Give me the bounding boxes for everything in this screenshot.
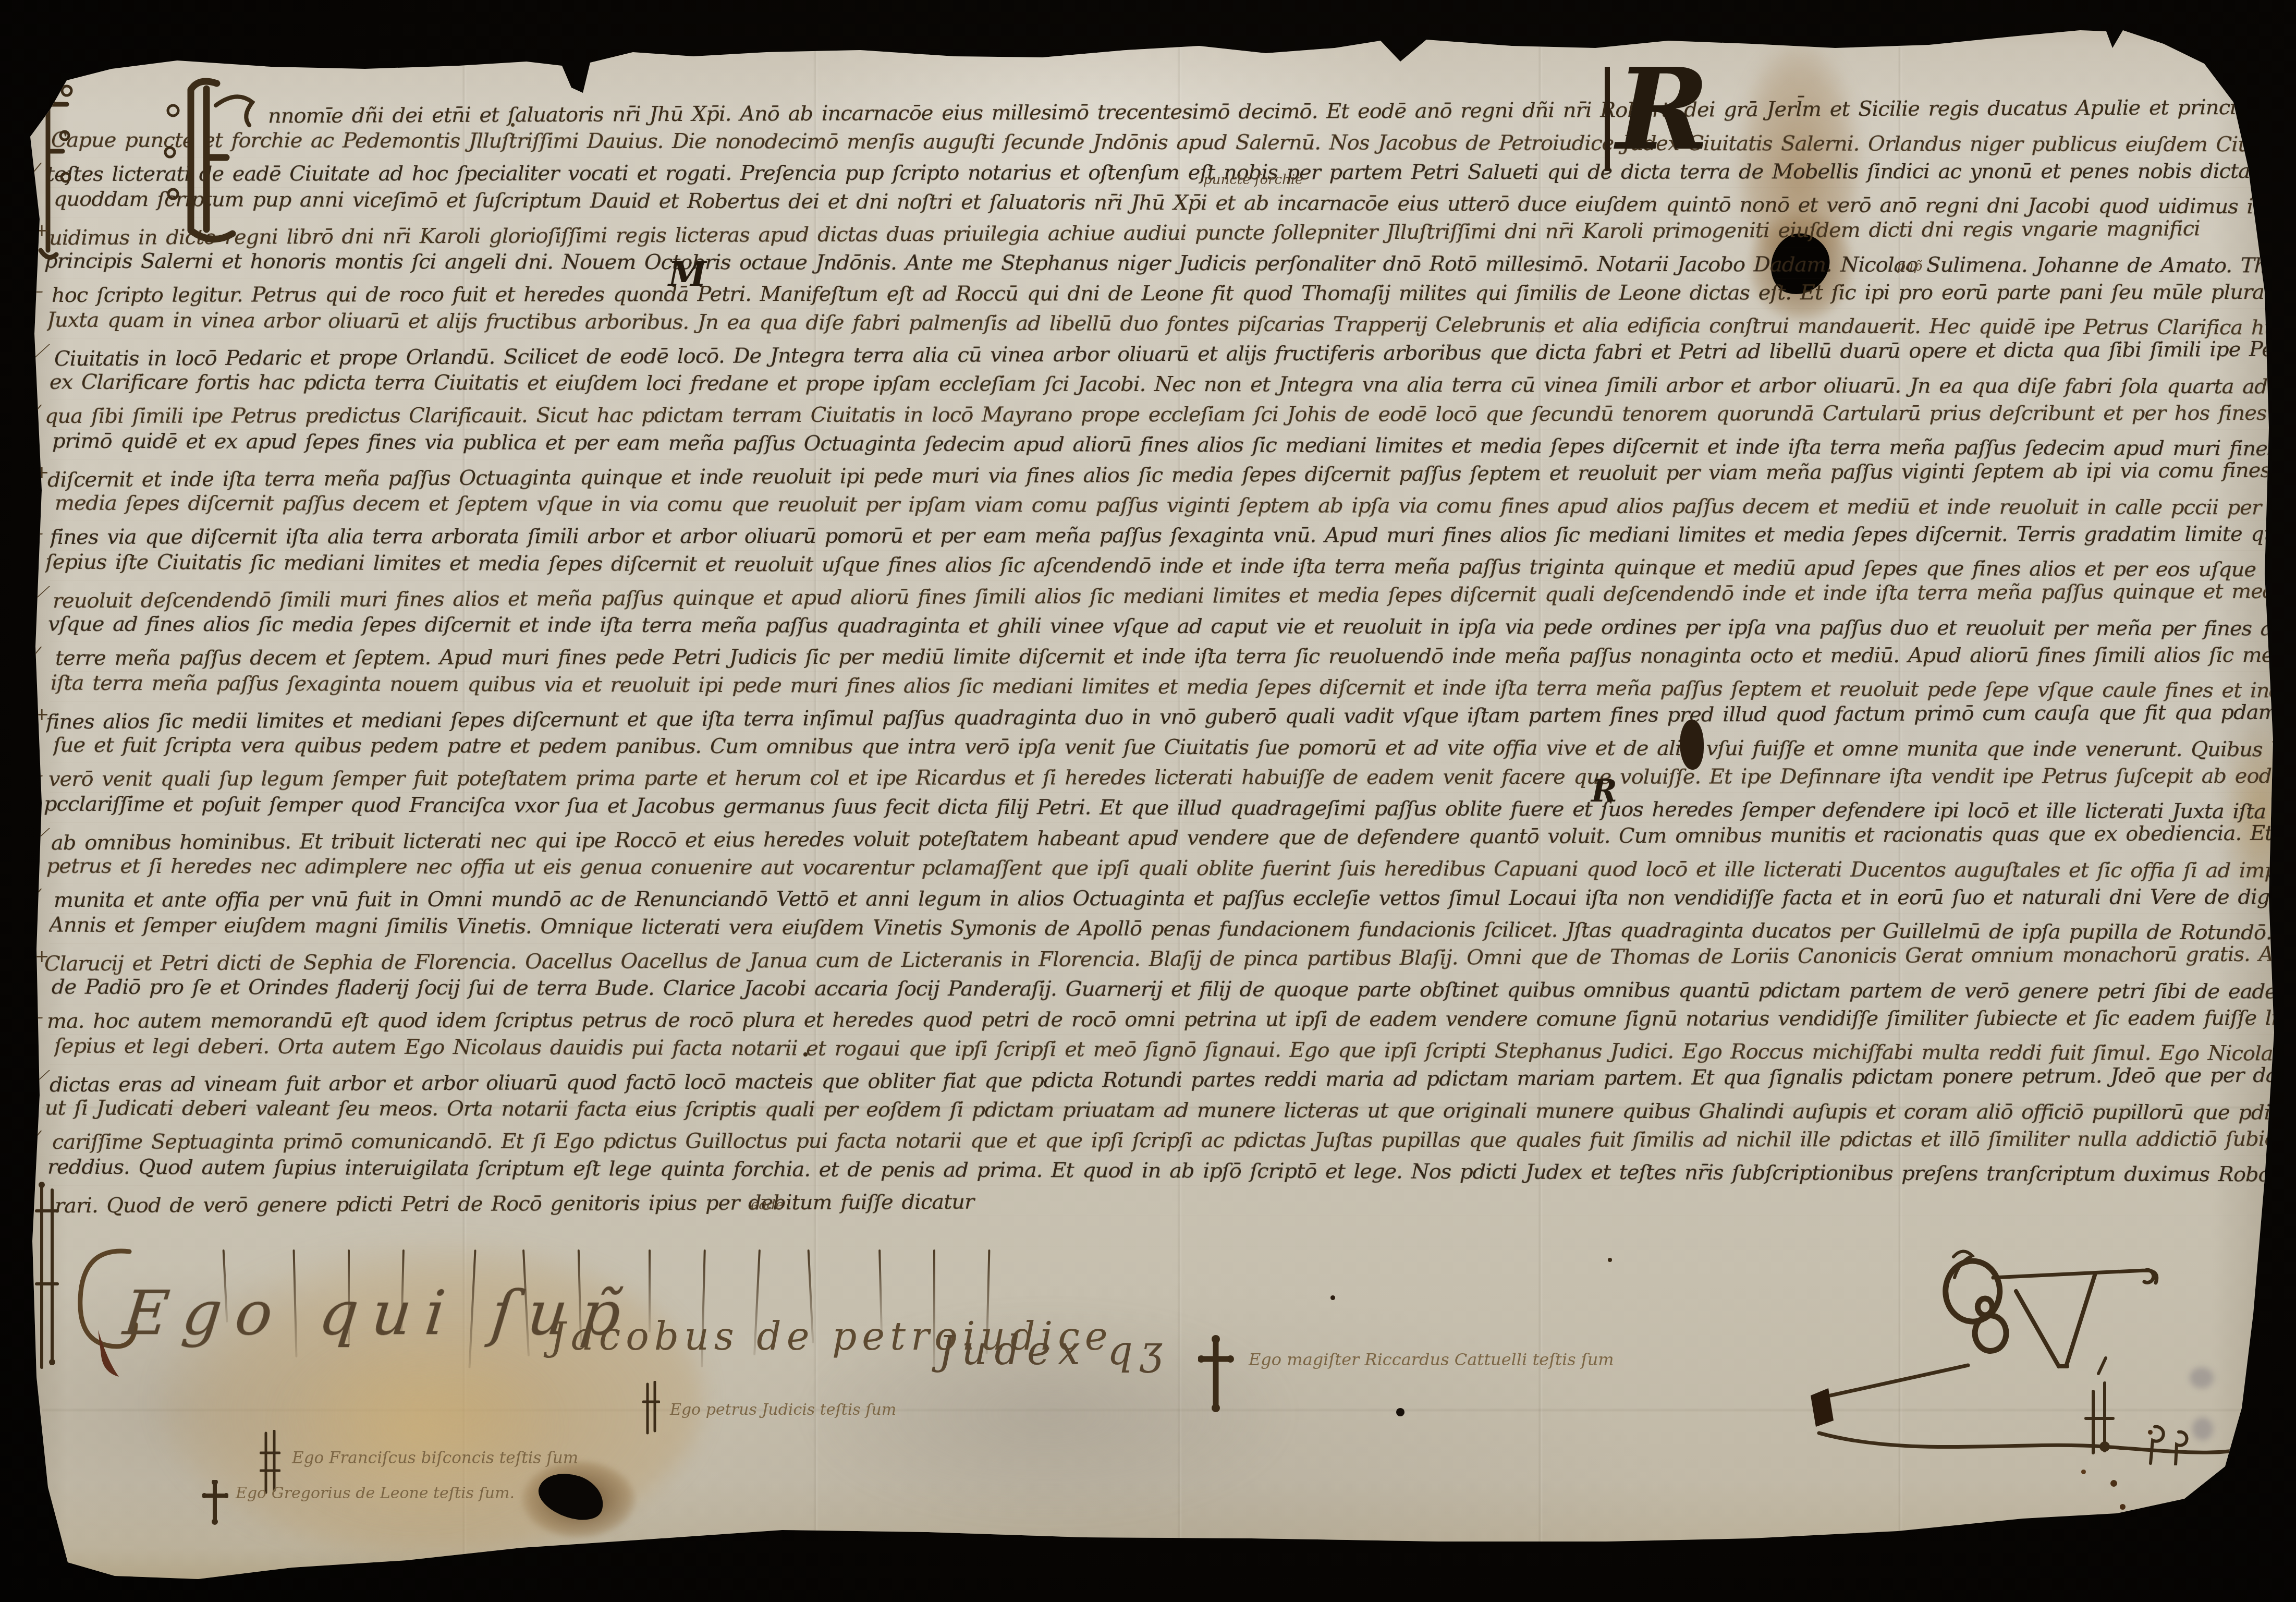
manuscript-line: ut ſi Judicati deberi valeant ſeu meos. … bbox=[44, 1093, 2274, 1128]
wormhole-speck bbox=[2148, 1430, 2153, 1435]
margin-mark: ⟋ bbox=[34, 825, 55, 846]
manuscript-line: cariſſime Septuaginta primō comunicandō.… bbox=[52, 1124, 2281, 1157]
wormhole-speck bbox=[1608, 1258, 1612, 1262]
margin-mark: – bbox=[34, 1006, 55, 1027]
manuscript-text-block: nnomīe dñi dei etn̄i et ſaluatoris nr̄i … bbox=[50, 97, 2278, 1265]
paragraph-initial-R: R bbox=[1591, 773, 1617, 809]
manuscript-line: fines via que diſcernit iſta alia terra … bbox=[50, 519, 2279, 552]
initial-R-bar bbox=[1605, 67, 1610, 171]
manuscript-line: hoc ſcripto legitur. Petrus qui de roco … bbox=[52, 277, 2280, 310]
manuscript-line: ſue et fuit ſcripta vera quibus pedem pa… bbox=[53, 730, 2282, 765]
manuscript-line: de Padiō pro ſe et Orindes fladerij ſoci… bbox=[51, 972, 2280, 1007]
notary-sign-manual-icon bbox=[1780, 1241, 2291, 1465]
manuscript-line: Capue puncte et forchie ac Pedemontis Jl… bbox=[51, 125, 2280, 160]
margin-mark: ⟋ bbox=[34, 1067, 55, 1088]
wormhole-speck bbox=[2120, 1504, 2126, 1510]
witness-subscription: Ego magiſter Riccardus Cattuelli teſtis … bbox=[1249, 1350, 1614, 1369]
wormhole-speck bbox=[511, 123, 515, 127]
wormhole-speck bbox=[2081, 1470, 2086, 1474]
margin-mark: – bbox=[34, 764, 55, 785]
margin-mark: ⟋ bbox=[34, 583, 55, 604]
wormhole-speck bbox=[803, 1052, 808, 1057]
witness-cross-icon bbox=[202, 1480, 228, 1527]
margin-mark: ⁄ bbox=[34, 402, 55, 422]
margin-mark: + bbox=[34, 462, 55, 483]
margin-mark: + bbox=[34, 946, 55, 967]
filled-initial-H bbox=[1680, 720, 1704, 770]
manuscript-line: principis Salerni et honoris montis ſci … bbox=[44, 246, 2273, 281]
margin-mark: – bbox=[34, 523, 55, 543]
wormhole-speck bbox=[1396, 1408, 1405, 1416]
notarial-left-mark-icon bbox=[32, 1180, 64, 1378]
witness-subscription: Ego Franciſcus biſconcis teſtis ſum bbox=[292, 1449, 578, 1467]
interlinear-insertion: pap̃ bbox=[1897, 259, 1922, 274]
initial-M: M bbox=[668, 253, 706, 294]
margin-mark: ⟋ bbox=[34, 341, 55, 362]
wormhole-speck bbox=[2110, 1480, 2117, 1487]
interlinear-insertion: puncte forchie bbox=[1203, 172, 1303, 188]
manuscript-line: media ſepes diſcernit paſſus decem et ſe… bbox=[54, 488, 2283, 523]
margin-mark: + bbox=[34, 704, 55, 725]
manuscript-line: petrus et ſi heredes nec adimplere nec o… bbox=[46, 851, 2275, 886]
wormhole-speck bbox=[1330, 1295, 1335, 1300]
witness-subscription: Ego Gregorius de Leone teſtis ſum. bbox=[236, 1484, 515, 1502]
manuscript-line: vſque ad fines alios ſic media ſepes diſ… bbox=[47, 609, 2277, 644]
manuscript-line: teſtes licterati de eadē Ciuitate ad hoc… bbox=[46, 156, 2275, 189]
judge-subscription-title: Judex qʒ bbox=[938, 1327, 1170, 1374]
manuscript-line: ma. hoc autem memorandū eſt quod idem ſc… bbox=[47, 1003, 2276, 1036]
parchment-sheet: nnomīe dñi dei etn̄i et ſaluatoris nr̄i … bbox=[0, 0, 2296, 1602]
manuscript-line: qua ſibi ſimili ipe Petrus predictus Cla… bbox=[45, 398, 2274, 431]
photograph-background: nnomīe dñi dei etn̄i et ſaluatoris nr̄i … bbox=[0, 0, 2296, 1602]
margin-mark: ⁄ bbox=[34, 160, 55, 180]
manuscript-line: terre meña paſſus decem et ſeptem. Apud … bbox=[55, 640, 2284, 673]
manuscript-line: ex Clarificare fortis hac pdicta terra C… bbox=[49, 367, 2278, 402]
margin-mark: ⁄ bbox=[34, 644, 55, 664]
opening-initial-I-icon bbox=[154, 74, 274, 251]
witness-paraph-icon bbox=[642, 1381, 660, 1438]
manuscript-line: verō venit quali ſup legum ſemper fuit p… bbox=[48, 761, 2277, 794]
witness-cross-icon bbox=[1198, 1335, 1235, 1413]
margin-mark: ⁄ bbox=[34, 885, 55, 906]
margin-mark: + bbox=[34, 220, 55, 241]
margin-mark: ⁄ bbox=[34, 1127, 55, 1148]
interlinear-insertion: eādē bbox=[751, 1197, 784, 1213]
margin-mark: – bbox=[34, 281, 55, 301]
witness-subscription: Ego petrus Judicis teſtis ſum bbox=[670, 1401, 896, 1419]
initial-R: R bbox=[1616, 57, 1709, 162]
manuscript-line: munita et ante offia per vnū fuit in Omn… bbox=[54, 882, 2282, 915]
